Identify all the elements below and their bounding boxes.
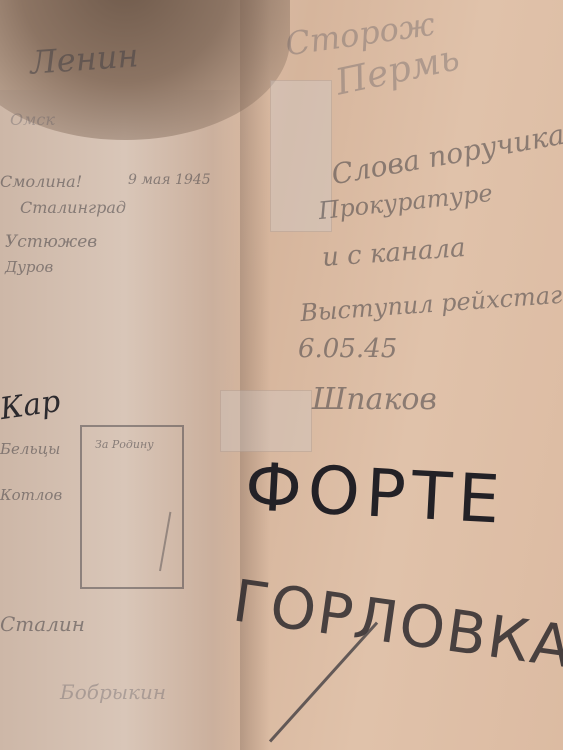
- inscription: ФОРТЕ: [243, 448, 507, 539]
- inscription: Дуров: [5, 258, 53, 276]
- inscription: Сталинград: [20, 198, 126, 217]
- inscription: Бельцы: [0, 440, 60, 458]
- inscription: и с канала: [321, 233, 466, 273]
- inscription: Смолина!: [0, 172, 82, 191]
- inscription: ГОРЛОВКА: [229, 567, 563, 682]
- inscription: Выступил рейхстаг: [299, 281, 563, 327]
- photo-scene: Ленин Омск Смолина! 9 мая 1945 Сталингра…: [0, 0, 563, 750]
- inscription: 9 мая 1945: [128, 172, 211, 188]
- inscription: Сталин: [0, 612, 85, 636]
- inscription: Бобрыкин: [60, 680, 166, 704]
- inscription: Омск: [10, 110, 55, 129]
- inscription: За Родину: [95, 438, 154, 451]
- inscription: Слова поручика: [329, 118, 563, 191]
- inscription: Шпаков: [312, 382, 437, 417]
- inscription: Устюжев: [5, 232, 97, 252]
- inscription: Ленин: [29, 36, 140, 81]
- inscription: 6.05.45: [298, 334, 397, 364]
- stone-block: [220, 390, 312, 452]
- inscription: Котлов: [0, 486, 62, 504]
